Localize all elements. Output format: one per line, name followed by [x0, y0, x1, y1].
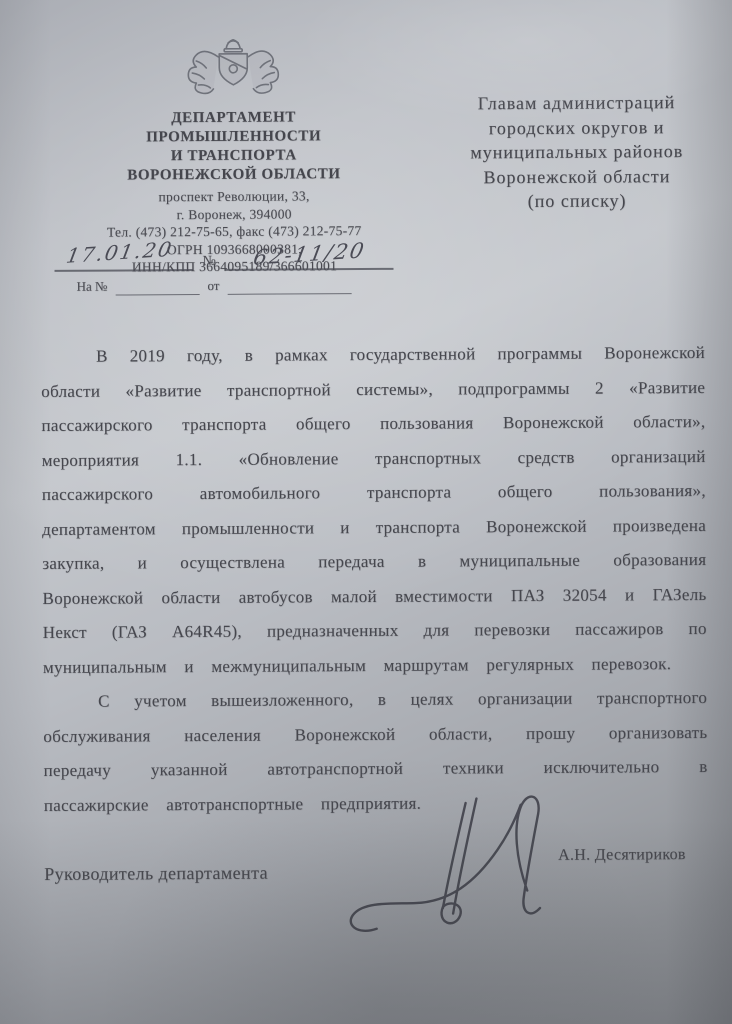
handwritten-number: 62-11/20 [252, 238, 368, 269]
reference-row-reply: На № от [55, 277, 435, 296]
scanned-letter-photo: ДЕПАРТАМЕНТ ПРОМЫШЛЕННОСТИ И ТРАНСПОРТА … [0, 0, 732, 1024]
letter-page: ДЕПАРТАМЕНТ ПРОМЫШЛЕННОСТИ И ТРАНСПОРТА … [0, 0, 732, 1024]
reply-date-label: от [207, 278, 219, 295]
reference-block: 17.01.20 № 62-11/20 На № от [54, 240, 434, 296]
recipient-line: Воронежской области [426, 163, 728, 189]
recipient-line: муниципальных районов [426, 139, 728, 165]
number-underline: 62-11/20 [226, 240, 394, 271]
reference-row-outgoing: 17.01.20 № 62-11/20 [54, 240, 434, 272]
reply-number-label: На № [77, 279, 108, 296]
org-name-line: И ТРАНСПОРТА [28, 146, 440, 168]
recipient-block: Главам администраций городских округов и… [425, 90, 728, 214]
signer-name: А.Н. Десятириков [558, 846, 686, 865]
reply-date-underline [227, 277, 351, 295]
recipient-line: (по списку) [426, 188, 728, 214]
org-name-line: ДЕПАРТАМЕНТ [28, 108, 440, 130]
org-name-line: ПРОМЫШЛЕННОСТИ [28, 127, 440, 149]
handwritten-signature [340, 789, 571, 942]
number-label: № [202, 254, 215, 271]
recipient-line: городских округов и [426, 114, 728, 140]
handwritten-date: 17.01.20 [65, 237, 176, 268]
coat-of-arms-icon [178, 36, 288, 105]
letter-body: В 2019 году, в рамках государственной пр… [41, 336, 708, 823]
recipient-line: Главам администраций [425, 90, 727, 116]
body-paragraph-1: В 2019 году, в рамках государственной пр… [41, 336, 707, 685]
reply-number-underline [115, 278, 199, 296]
signer-position-title: Руководитель департамента [44, 863, 268, 885]
date-underline: 17.01.20 [54, 241, 192, 272]
org-name-line: ВОРОНЕЖСКОЙ ОБЛАСТИ [28, 165, 440, 187]
